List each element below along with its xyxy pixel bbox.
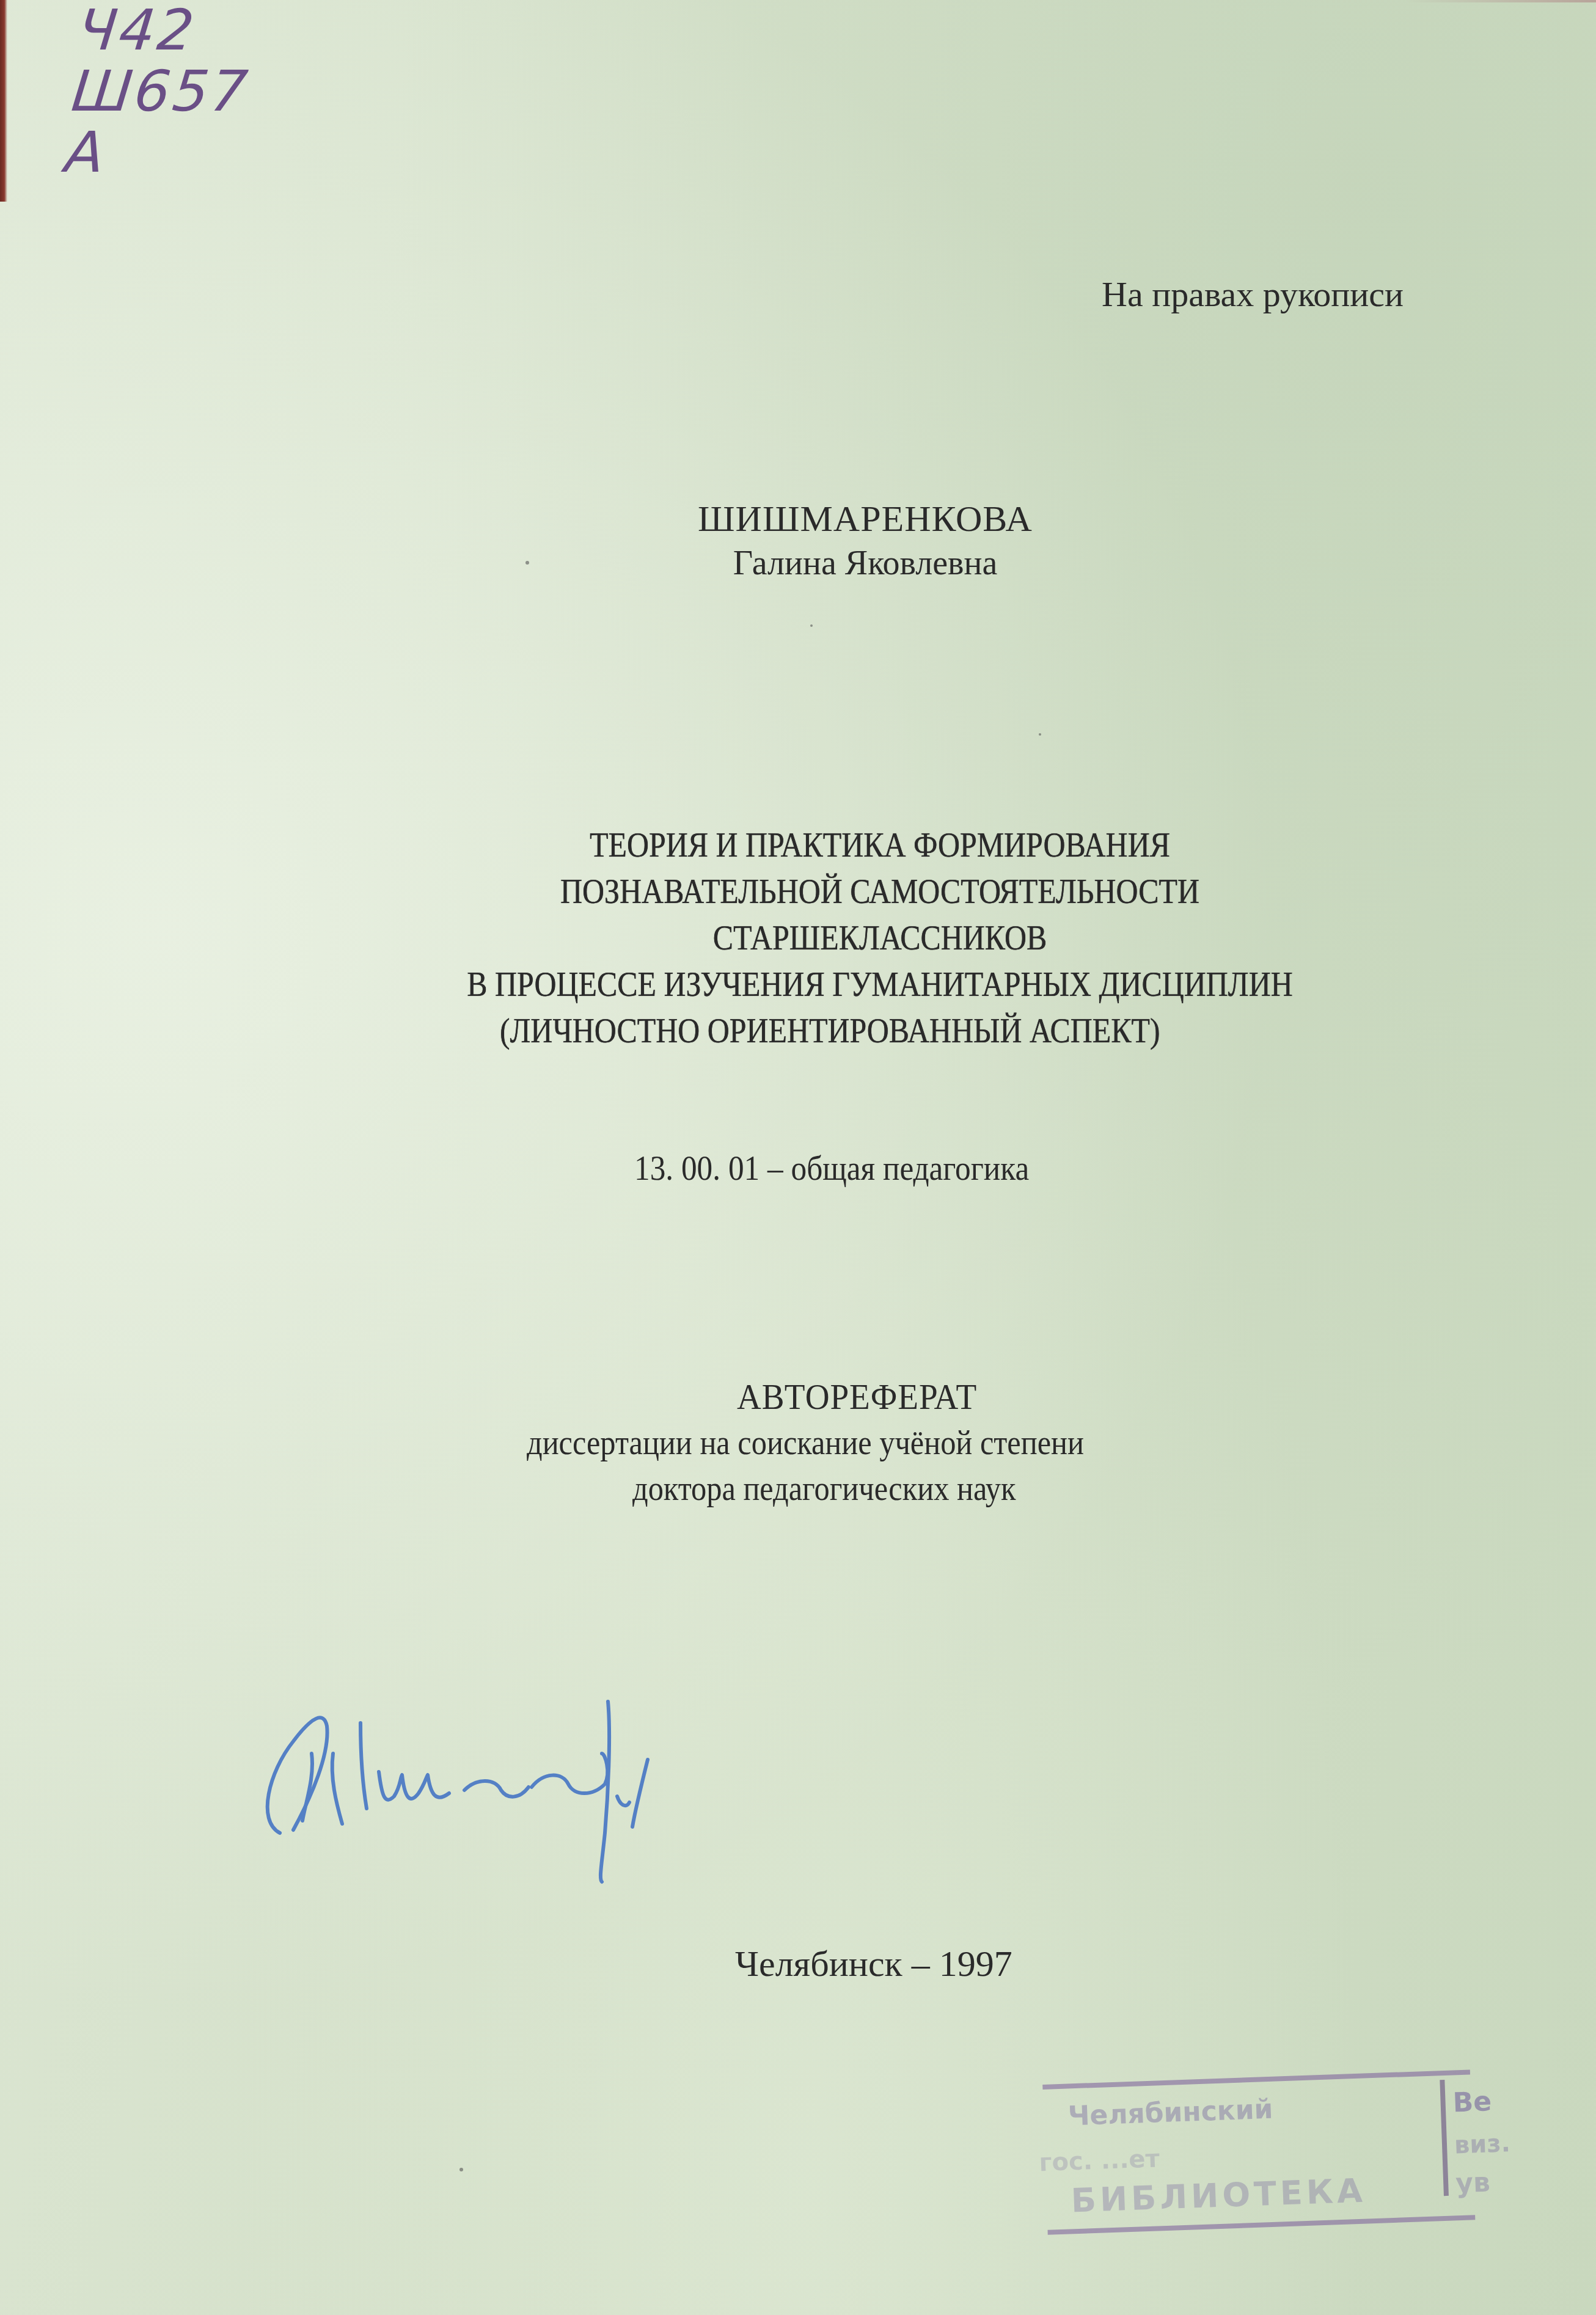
title-line: В ПРОЦЕССЕ ИЗУЧЕНИЯ ГУМАНИТАРНЫХ ДИСЦИПЛ… <box>354 961 1405 1008</box>
manuscript-notice: На правах рукописи <box>1102 274 1404 315</box>
author-surname: ШИШМАРЕНКОВА <box>67 498 1596 540</box>
title-line: ТЕОРИЯ И ПРАКТИКА ФОРМИРОВАНИЯ <box>354 822 1405 868</box>
place-and-year: Челябинск – 1997 <box>735 1943 1012 1985</box>
document-description: доктора педагогических наук <box>632 1469 1016 1509</box>
stamp-text: Be <box>1452 2086 1492 2118</box>
library-shelfmark: Ч42 Ш657 А <box>62 0 259 183</box>
stamp-text: ув <box>1455 2167 1490 2199</box>
stamp-text: виз. <box>1454 2129 1510 2159</box>
paper-speck <box>459 2168 463 2171</box>
title-line: СТАРШЕКЛАССНИКОВ <box>354 915 1405 961</box>
library-stamp: Челябинский гос. ...ет БИБЛИОТЕКА Be виз… <box>1012 2069 1493 2226</box>
stamp-text: гос. ...ет <box>1039 2145 1160 2177</box>
shelfmark-line: А <box>62 122 246 183</box>
paper-speck <box>525 561 529 565</box>
dissertation-title: ТЕОРИЯ И ПРАКТИКА ФОРМИРОВАНИЯ ПОЗНАВАТЕ… <box>354 822 1405 1054</box>
binding-edge <box>0 0 7 202</box>
title-line: (ЛИЧНОСТНО ОРИЕНТИРОВАННЫЙ АСПЕКТ) <box>255 1008 1405 1054</box>
author-name: Галина Яковлевна <box>67 544 1596 583</box>
document-description: диссертации на соискание учёной степени <box>527 1424 1084 1463</box>
shelfmark-line: Ч42 <box>75 0 258 61</box>
page-top-edge <box>1405 0 1596 2</box>
document-page: Ч42 Ш657 А На правах рукописи ШИШМАРЕНКО… <box>0 0 1596 2315</box>
author-signature <box>244 1674 770 1894</box>
specialty-code: 13. 00. 01 – общая педагогика <box>634 1149 1029 1188</box>
title-line: ПОЗНАВАТЕЛЬНОЙ САМОСТОЯТЕЛЬНОСТИ <box>354 868 1405 915</box>
shelfmark-line: Ш657 <box>69 61 252 122</box>
paper-speck <box>810 624 813 627</box>
document-type: АВТОРЕФЕРАТ <box>737 1376 977 1418</box>
paper-speck <box>1039 733 1041 736</box>
